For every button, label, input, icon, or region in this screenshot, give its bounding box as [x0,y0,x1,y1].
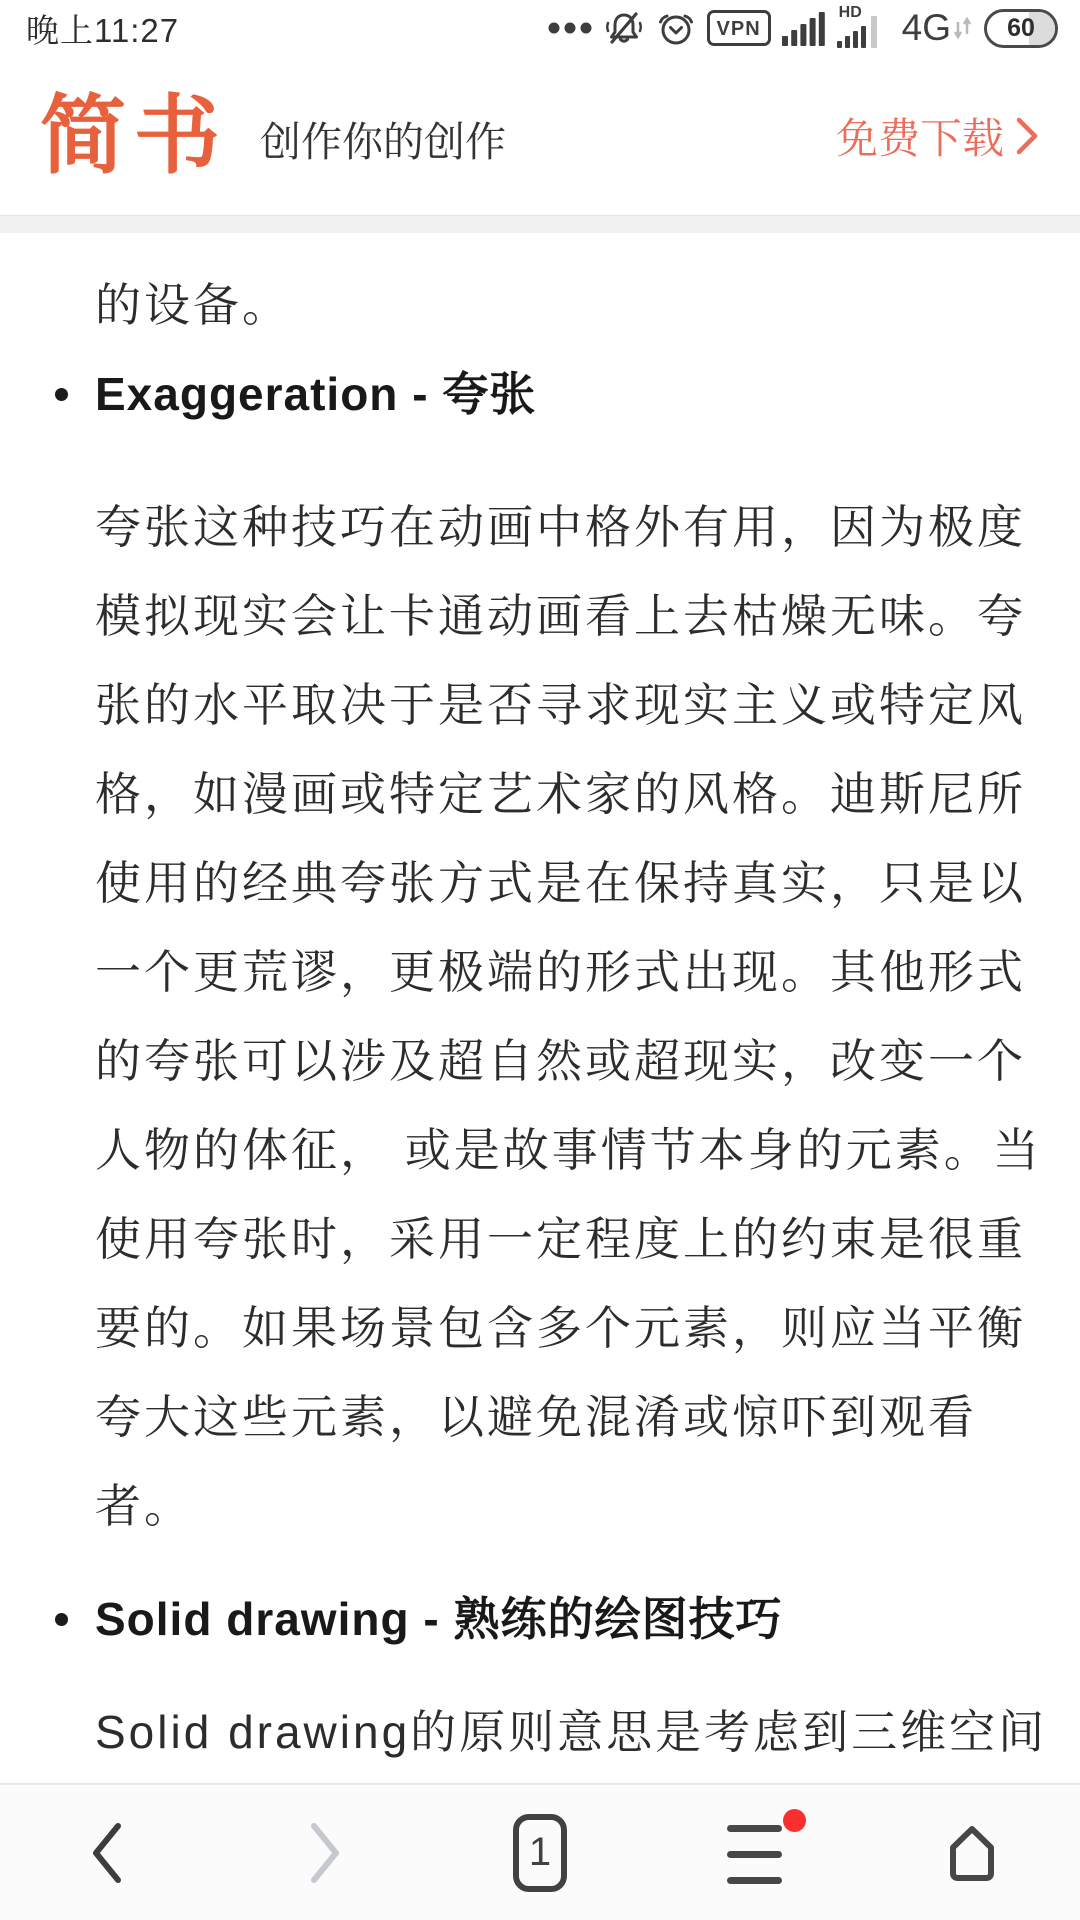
forward-icon [302,1819,346,1887]
tab-count-icon: 1 [513,1814,567,1892]
alarm-clock-icon [656,8,696,48]
banner-divider [0,215,1080,233]
paragraph-line: 格，如漫画或特定艺术家的风格。迪斯尼所 [95,750,1040,839]
paragraph-line: 夸张这种技巧在动画中格外有用，因为极度 [95,483,1040,572]
paragraph-line: 人物的体征， 或是故事情节本身的元素。当 [95,1106,1040,1195]
download-button[interactable]: 免费下载 [836,106,1040,166]
section-heading-exaggeration: Exaggeration - 夸张 [55,350,1040,439]
signal-hd-icon: HD [837,6,891,50]
more-dots-icon [548,21,592,35]
status-bar: 晚上11:27 VPN [0,0,1080,56]
exaggeration-paragraph: 夸张这种技巧在动画中格外有用，因为极度 模拟现实会让卡通动画看上去枯燥无味。夸 … [95,483,1040,1551]
banner-tagline: 创作你的创作 [260,109,506,168]
back-icon [86,1819,130,1887]
paragraph-line: 使用夸张时，采用一定程度上的约束是很重 [95,1195,1040,1284]
paragraph-line: 的夸张可以涉及超自然或超现实，改变一个 [95,1017,1040,1106]
paragraph-line: 张的水平取决于是否寻求现实主义或特定风 [95,661,1040,750]
vpn-icon: VPN [707,10,771,46]
solid-drawing-paragraph: Solid drawing的原则意思是考虑到三维空间 [95,1688,1040,1777]
menu-badge-dot [783,1809,806,1832]
network-indicator: 4G [902,7,973,49]
paragraph-line: 模拟现实会让卡通动画看上去枯燥无味。夸 [95,572,1040,661]
paragraph-line: 一个更荒谬，更极端的形式出现。其他形式 [95,928,1040,1017]
back-button[interactable] [0,1785,216,1920]
clock: 晚上11:27 [26,5,179,52]
bullet-icon [55,388,68,401]
screen: 晚上11:27 VPN [0,0,1080,1920]
section-heading-solid-drawing: Solid drawing - 熟练的绘图技巧 [55,1575,1040,1664]
app-banner: 简书 创作你的创作 免费下载 [0,56,1080,215]
status-icons: VPN HD 4G [548,6,1058,50]
chevron-right-icon [1014,115,1040,157]
jianshu-logo: 简书 [40,93,228,179]
paragraph-line: 使用的经典夸张方式是在保持真实，只是以 [95,839,1040,928]
home-button[interactable] [864,1785,1080,1920]
forward-button[interactable] [216,1785,432,1920]
heading-text: Exaggeration - 夸张 [95,350,536,439]
network-arrows-icon [953,14,973,42]
download-label: 免费下载 [836,106,1004,166]
signal-strength-icon [782,9,826,47]
menu-button[interactable] [648,1785,864,1920]
network-type-label: 4G [902,7,951,49]
paragraph-line: Solid drawing的原则意思是考虑到三维空间 [95,1688,1040,1777]
home-icon [942,1821,1002,1885]
mute-bell-icon [603,8,645,48]
bullet-icon [55,1613,68,1626]
heading-text: Solid drawing - 熟练的绘图技巧 [95,1575,782,1664]
paragraph-line: 夸大这些元素，以避免混淆或惊吓到观看 [95,1373,1040,1462]
battery-icon: 60 [984,9,1058,48]
paragraph-line: 者。 [95,1462,1040,1551]
battery-percent: 60 [987,12,1055,45]
tabs-button[interactable]: 1 [432,1785,648,1920]
paragraph-line: 要的。如果场景包含多个元素，则应当平衡 [95,1284,1040,1373]
browser-nav-bar: 1 [0,1783,1080,1920]
article-content: 的设备。 Exaggeration - 夸张 夸张这种技巧在动画中格外有用，因为… [0,233,1080,1777]
menu-icon [727,1819,785,1887]
paragraph-line: 的设备。 [95,261,1040,350]
